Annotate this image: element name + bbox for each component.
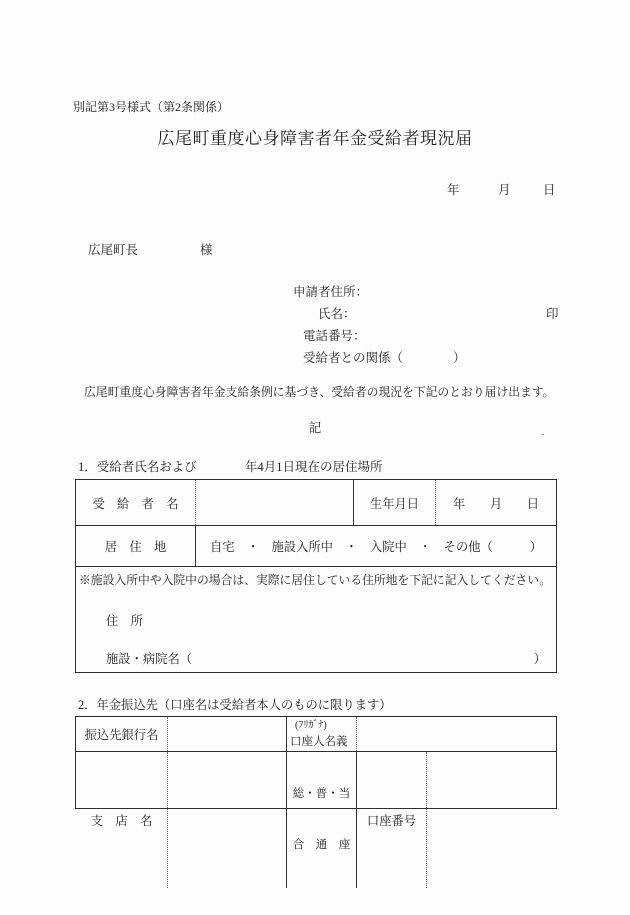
- account-number-input-cell: [427, 752, 556, 888]
- facility-name-label: 施設・病院名（: [106, 649, 192, 667]
- date-year-label: 年: [447, 180, 460, 198]
- facility-paren-close: ）: [534, 649, 546, 667]
- transfer-table: 振込先銀行名 (ﾌﾘｶﾞﾅ) 口座人名義 支 店 名 総・普・当 合 通 座 口…: [75, 716, 557, 809]
- date-month-label: 月: [498, 180, 511, 198]
- address-label: 住 所: [106, 611, 143, 629]
- table-row: 振込先銀行名 (ﾌﾘｶﾞﾅ) 口座人名義: [76, 717, 556, 752]
- branch-name-label: 支 店 名: [76, 752, 168, 888]
- furigana-label: (ﾌﾘｶﾞﾅ): [290, 717, 327, 734]
- date-day-label: 日: [543, 180, 556, 198]
- stray-mark: -: [541, 429, 544, 440]
- table-row: 居 住 地 自宅 ・ 施設入所中 ・ 入院中 ・ その他（ ）: [76, 526, 556, 567]
- table-row: 支 店 名 総・普・当 合 通 座 口座番号: [76, 752, 556, 888]
- form-code: 別記第3号様式（第2条関係）: [73, 98, 229, 115]
- birthdate-label: 生年月日: [354, 480, 436, 525]
- section2-heading: 2．年金振込先（口座名は受給者本人のものに限ります）: [78, 695, 392, 713]
- branch-name-input-cell: [168, 752, 287, 888]
- table-row: 受 給 者 名 生年月日 年 月 日: [76, 480, 556, 526]
- account-number-label: 口座番号: [357, 752, 427, 888]
- applicant-address-label: 申請者住所：: [293, 282, 368, 300]
- section1-heading-prefix: 1．受給者氏名および: [78, 457, 197, 475]
- applicant-relation-label: 受給者との関係（ ）: [303, 348, 466, 366]
- record-heading: 記: [0, 418, 630, 436]
- residence-detail-cell: ※施設入所中や入院中の場合は、実際に居住している住所地を下記に記入してください。…: [76, 567, 556, 672]
- form-page: 別記第3号様式（第2条関係） 広尾町重度心身障害者年金受給者現況届 年 月 日 …: [0, 0, 630, 915]
- account-type-bottom: 合 通 座: [287, 837, 356, 854]
- residence-options: 自宅 ・ 施設入所中 ・ 入院中 ・ その他（ ）: [196, 526, 556, 566]
- facility-name-line: 施設・病院名（ ）: [76, 649, 556, 667]
- bank-name-label: 振込先銀行名: [76, 717, 168, 751]
- account-holder-cell: (ﾌﾘｶﾞﾅ) 口座人名義: [287, 717, 357, 751]
- form-title: 広尾町重度心身障害者年金受給者現況届: [0, 124, 630, 149]
- residence-note: ※施設入所中や入院中の場合は、実際に居住している住所地を下記に記入してください。: [79, 571, 551, 588]
- bank-name-input-cell: [168, 717, 287, 751]
- applicant-phone-label: 電話番号：: [303, 326, 366, 344]
- account-type-top: 総・普・当: [287, 786, 356, 803]
- declaration-text: 広尾町重度心身障害者年金支給条例に基づき、受給者の現況を下記のとおり届け出ます。: [84, 383, 554, 400]
- seal-mark: 印: [546, 304, 559, 322]
- recipient-name-input-cell: [196, 480, 354, 525]
- recipient-table: 受 給 者 名 生年月日 年 月 日 居 住 地 自宅 ・ 施設入所中 ・ 入院…: [75, 479, 557, 673]
- applicant-name-label: 氏名：: [318, 304, 356, 322]
- account-holder-label: 口座人名義: [290, 734, 348, 751]
- birthdate-value-cell: 年 月 日: [436, 480, 556, 525]
- recipient-name-label: 受 給 者 名: [76, 480, 196, 525]
- residence-label: 居 住 地: [76, 526, 196, 566]
- section1-heading-suffix: 年4月1日現在の居住場所: [245, 457, 383, 475]
- addressee-name: 広尾町長: [88, 240, 138, 258]
- addressee-honorific: 様: [200, 240, 213, 258]
- account-holder-input-cell: [357, 717, 556, 751]
- account-type-cell: 総・普・当 合 通 座: [287, 752, 357, 888]
